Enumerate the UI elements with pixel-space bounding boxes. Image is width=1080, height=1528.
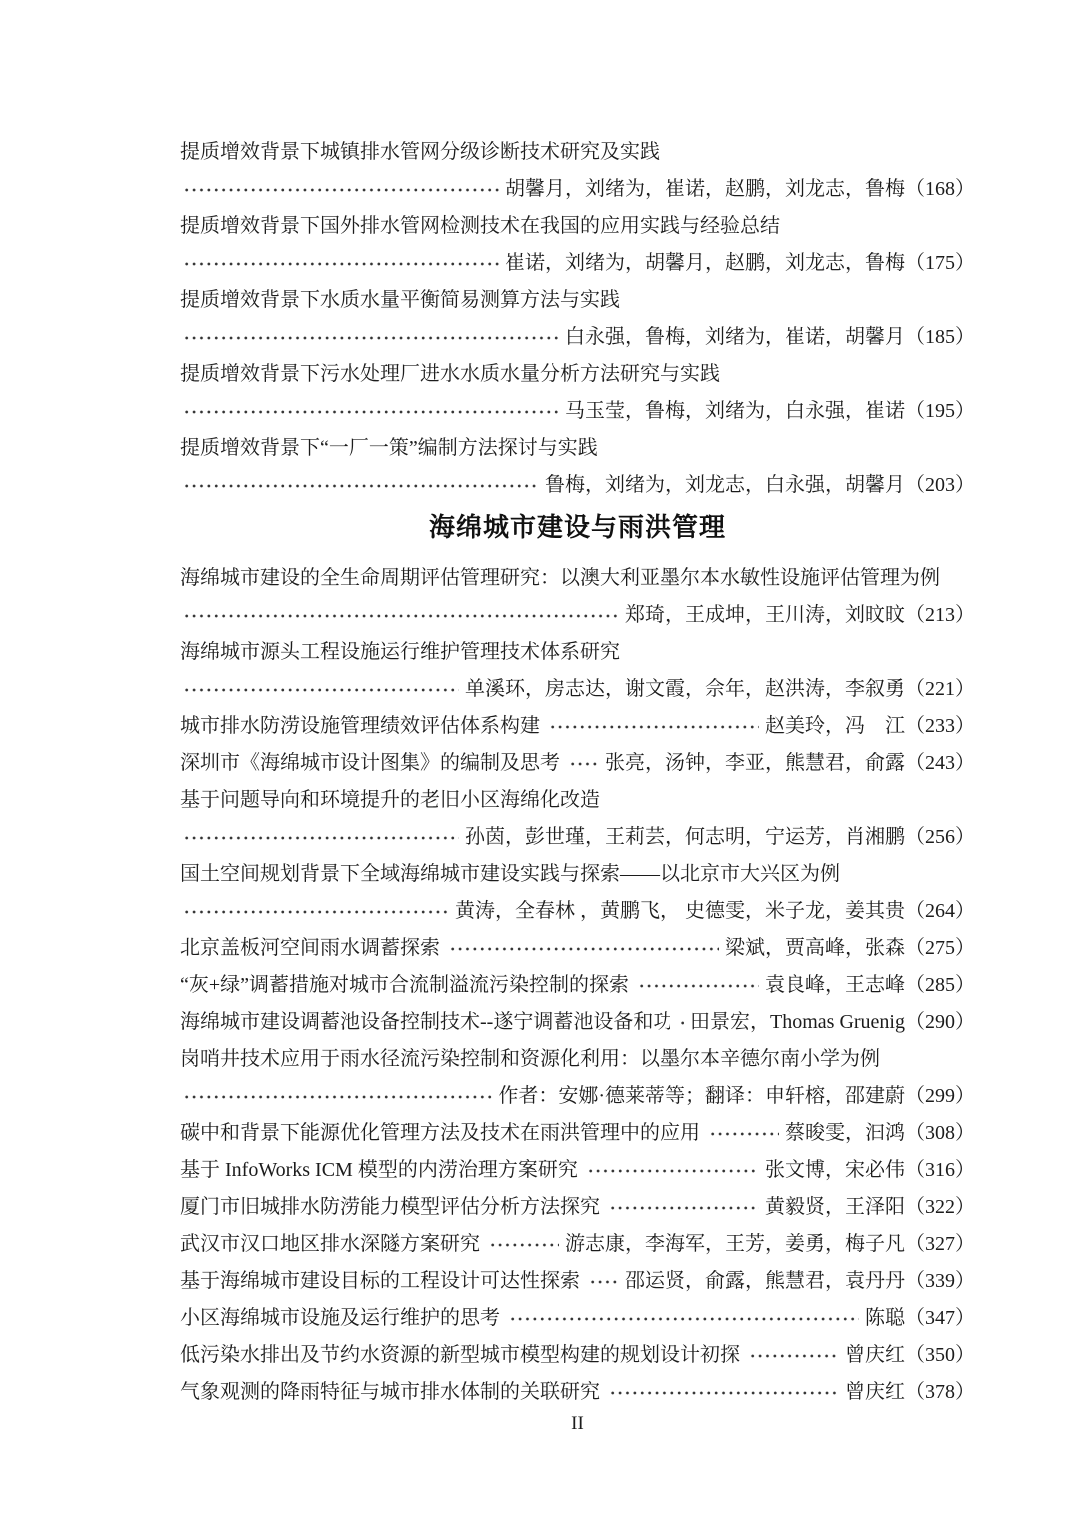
toc-entry-title-line: 提质增效背景下“一厂一策”编制方法探讨与实践 [180, 430, 975, 467]
dot-leader [568, 758, 599, 770]
toc-entry-title-line: 海绵城市建设的全生命周期评估管理研究：以澳大利亚墨尔本水敏性设施评估管理为例 [180, 560, 975, 597]
entry-page-number: （350） [905, 1337, 975, 1374]
entry-title: 岗哨井技术应用于雨水径流污染控制和资源化利用：以墨尔本辛德尔南小学为例 [180, 1041, 880, 1078]
dot-leader [182, 1091, 492, 1103]
dot-leader [182, 610, 619, 622]
entry-title: 武汉市汉口地区排水深隧方案研究 [180, 1226, 480, 1263]
entry-authors: 张亮，汤钟，李亚，熊慧君，俞露 [605, 745, 905, 782]
entry-title: 低污染水排出及节约水资源的新型城市模型构建的规划设计初探 [180, 1337, 740, 1374]
dot-leader [508, 1313, 859, 1325]
entry-page-number: （285） [905, 967, 975, 1004]
entry-authors: 作者：安娜·德莱蒂等；翻译：申轩榕，邵建蔚 [498, 1078, 905, 1115]
toc-entry-byline: 孙茵，彭世瑾，王莉芸，何志明，宁运芳，肖湘鹏（256） [180, 819, 975, 856]
toc-entry-line: 低污染水排出及节约水资源的新型城市模型构建的规划设计初探曾庆红（350） [180, 1337, 975, 1374]
entry-page-number: （168） [905, 171, 975, 208]
entry-authors: 张文博，宋必伟 [765, 1152, 905, 1189]
entry-title: 提质增效背景下水质水量平衡简易测算方法与实践 [180, 282, 620, 319]
entry-authors: 崔诺，刘绪为，胡馨月，赵鹏，刘龙志，鲁梅 [505, 245, 905, 282]
toc-entry-byline: 作者：安娜·德莱蒂等；翻译：申轩榕，邵建蔚（299） [180, 1078, 975, 1115]
entry-authors: 赵美玲，冯 江 [765, 708, 905, 745]
entry-authors: 田景宏，Thomas Gruenig [690, 1004, 905, 1041]
entry-title: “灰+绿”调蓄措施对城市合流制溢流污染控制的探索 [180, 967, 629, 1004]
entry-authors: 郑琦，王成坤，王川涛，刘旼旼 [625, 597, 905, 634]
entry-page-number: （185） [905, 319, 975, 356]
dot-leader [637, 980, 759, 992]
dot-leader [182, 684, 459, 696]
toc-entry-title-line: 海绵城市源头工程设施运行维护管理技术体系研究 [180, 634, 975, 671]
entry-page-number: （243） [905, 745, 975, 782]
dot-leader [608, 1387, 839, 1399]
entry-title: 海绵城市建设的全生命周期评估管理研究：以澳大利亚墨尔本水敏性设施评估管理为例 [180, 560, 940, 597]
toc-entry-title-line: 提质增效背景下水质水量平衡简易测算方法与实践 [180, 282, 975, 319]
entry-page-number: （316） [905, 1152, 975, 1189]
entry-page-number: （256） [905, 819, 975, 856]
toc-entry-title-line: 提质增效背景下国外排水管网检测技术在我国的应用实践与经验总结 [180, 208, 975, 245]
toc-entry-line: 基于海绵城市建设目标的工程设计可达性探索邵运贤，俞露，熊慧君，袁丹丹（339） [180, 1263, 975, 1300]
toc-entry-line: 海绵城市建设调蓄池设备控制技术--遂宁调蓄池设备和功能田景宏，Thomas Gr… [180, 1004, 975, 1041]
entry-page-number: （203） [905, 467, 975, 504]
toc-entry-byline: 马玉莹，鲁梅，刘绪为，白永强，崔诺（195） [180, 393, 975, 430]
entry-authors: 鲁梅，刘绪为，刘龙志，白永强，胡馨月 [545, 467, 905, 504]
entry-authors: 马玉莹，鲁梅，刘绪为，白永强，崔诺 [565, 393, 905, 430]
entry-page-number: （308） [905, 1115, 975, 1152]
entry-page-number: （233） [905, 708, 975, 745]
dot-leader [182, 480, 539, 492]
entry-title: 海绵城市建设调蓄池设备控制技术--遂宁调蓄池设备和功能 [180, 1004, 670, 1041]
toc-entry-title-line: 国土空间规划背景下全域海绵城市建设实践与探索——以北京市大兴区为例 [180, 856, 975, 893]
entry-title: 气象观测的降雨特征与城市排水体制的关联研究 [180, 1374, 600, 1411]
entry-page-number: （327） [905, 1226, 975, 1263]
toc-entry-byline: 黄涛，全春林 ，黄鹏飞， 史德雯，米子龙，姜其贵（264） [180, 893, 975, 930]
entry-authors: 黄毅贤，王泽阳 [765, 1189, 905, 1226]
entry-authors: 蔡晙雯，汩鸿 [785, 1115, 905, 1152]
entry-authors: 袁良峰，王志峰 [765, 967, 905, 1004]
entry-authors: 孙茵，彭世瑾，王莉芸，何志明，宁运芳，肖湘鹏 [465, 819, 905, 856]
dot-leader [678, 1017, 684, 1029]
entry-page-number: （175） [905, 245, 975, 282]
toc-entry-byline: 崔诺，刘绪为，胡馨月，赵鹏，刘龙志，鲁梅（175） [180, 245, 975, 282]
toc-entry-title-line: 提质增效背景下污水处理厂进水水质水量分析方法研究与实践 [180, 356, 975, 393]
toc-entry-line: 气象观测的降雨特征与城市排水体制的关联研究曾庆红（378） [180, 1374, 975, 1411]
table-of-contents: 提质增效背景下城镇排水管网分级诊断技术研究及实践胡馨月，刘绪为，崔诺，赵鹏，刘龙… [180, 134, 975, 1411]
dot-leader [448, 943, 719, 955]
entry-title: 厦门市旧城排水防涝能力模型评估分析方法探究 [180, 1189, 600, 1226]
dot-leader [548, 721, 759, 733]
dot-leader [182, 258, 499, 270]
entry-title: 基于 InfoWorks ICM 模型的内涝治理方案研究 [180, 1152, 578, 1189]
dot-leader [708, 1128, 779, 1140]
toc-entry-line: 深圳市《海绵城市设计图集》的编制及思考张亮，汤钟，李亚，熊慧君，俞露（243） [180, 745, 975, 782]
toc-entry-line: 基于 InfoWorks ICM 模型的内涝治理方案研究张文博，宋必伟（316） [180, 1152, 975, 1189]
entry-title: 小区海绵城市设施及运行维护的思考 [180, 1300, 500, 1337]
entry-page-number: （221） [905, 671, 975, 708]
entry-page-number: （264） [905, 893, 975, 930]
dot-leader [182, 184, 499, 196]
entry-title: 提质增效背景下城镇排水管网分级诊断技术研究及实践 [180, 134, 660, 171]
dot-leader [182, 832, 459, 844]
dot-leader [588, 1276, 619, 1288]
toc-entry-line: 碳中和背景下能源优化管理方法及技术在雨洪管理中的应用蔡晙雯，汩鸿（308） [180, 1115, 975, 1152]
entry-authors: 胡馨月，刘绪为，崔诺，赵鹏，刘龙志，鲁梅 [505, 171, 905, 208]
entry-authors: 白永强，鲁梅，刘绪为，崔诺，胡馨月 [565, 319, 905, 356]
toc-entry-line: “灰+绿”调蓄措施对城市合流制溢流污染控制的探索袁良峰，王志峰 （285） [180, 967, 975, 1004]
entry-authors: 单溪环，房志达，谢文霞，佘年，赵洪涛，李叙勇 [465, 671, 905, 708]
entry-page-number: （275） [905, 930, 975, 967]
entry-page-number: （322） [905, 1189, 975, 1226]
entry-page-number: （290） [905, 1004, 975, 1041]
entry-page-number: （339） [905, 1263, 975, 1300]
entry-title: 深圳市《海绵城市设计图集》的编制及思考 [180, 745, 560, 782]
entry-authors: 游志康，李海军，王芳，姜勇，梅子凡 [565, 1226, 905, 1263]
entry-authors: 曾庆红 [845, 1337, 905, 1374]
toc-entry-line: 城市排水防涝设施管理绩效评估体系构建赵美玲，冯 江（233） [180, 708, 975, 745]
entry-authors: 邵运贤，俞露，熊慧君，袁丹丹 [625, 1263, 905, 1300]
entry-page-number: （195） [905, 393, 975, 430]
entry-authors: 梁斌，贾高峰，张森 [725, 930, 905, 967]
entry-page-number: （299） [905, 1078, 975, 1115]
entry-page-number: （378） [905, 1374, 975, 1411]
entry-authors: 曾庆红 [845, 1374, 905, 1411]
toc-entry-byline: 郑琦，王成坤，王川涛，刘旼旼（213） [180, 597, 975, 634]
dot-leader [182, 906, 449, 918]
dot-leader [488, 1239, 559, 1251]
entry-page-number: （347） [905, 1300, 975, 1337]
dot-leader [748, 1350, 839, 1362]
dot-leader [586, 1165, 759, 1177]
document-page: 提质增效背景下城镇排水管网分级诊断技术研究及实践胡馨月，刘绪为，崔诺，赵鹏，刘龙… [0, 0, 1080, 1528]
entry-title: 海绵城市源头工程设施运行维护管理技术体系研究 [180, 634, 620, 671]
entry-title: 北京盖板河空间雨水调蓄探索 [180, 930, 440, 967]
dot-leader [182, 332, 559, 344]
entry-authors: 陈聪 [865, 1300, 905, 1337]
toc-entry-byline: 单溪环，房志达，谢文霞，佘年，赵洪涛，李叙勇（221） [180, 671, 975, 708]
entry-title: 城市排水防涝设施管理绩效评估体系构建 [180, 708, 540, 745]
section-heading: 海绵城市建设与雨洪管理 [180, 510, 975, 544]
dot-leader [182, 406, 559, 418]
entry-title: 提质增效背景下国外排水管网检测技术在我国的应用实践与经验总结 [180, 208, 780, 245]
toc-entry-title-line: 提质增效背景下城镇排水管网分级诊断技术研究及实践 [180, 134, 975, 171]
toc-entry-line: 武汉市汉口地区排水深隧方案研究游志康，李海军，王芳，姜勇，梅子凡（327） [180, 1226, 975, 1263]
entry-title: 国土空间规划背景下全域海绵城市建设实践与探索——以北京市大兴区为例 [180, 856, 840, 893]
entry-title: 提质增效背景下污水处理厂进水水质水量分析方法研究与实践 [180, 356, 720, 393]
entry-title: 基于问题导向和环境提升的老旧小区海绵化改造 [180, 782, 600, 819]
toc-entry-byline: 鲁梅，刘绪为，刘龙志，白永强，胡馨月（203） [180, 467, 975, 504]
toc-entry-line: 北京盖板河空间雨水调蓄探索梁斌，贾高峰，张森（275） [180, 930, 975, 967]
toc-entry-line: 厦门市旧城排水防涝能力模型评估分析方法探究黄毅贤，王泽阳 （322） [180, 1189, 975, 1226]
toc-entry-byline: 胡馨月，刘绪为，崔诺，赵鹏，刘龙志，鲁梅（168） [180, 171, 975, 208]
toc-entry-byline: 白永强，鲁梅，刘绪为，崔诺，胡馨月（185） [180, 319, 975, 356]
toc-entry-title-line: 基于问题导向和环境提升的老旧小区海绵化改造 [180, 782, 975, 819]
entry-authors: 黄涛，全春林 ，黄鹏飞， 史德雯，米子龙，姜其贵 [455, 893, 905, 930]
toc-entry-line: 小区海绵城市设施及运行维护的思考陈聪（347） [180, 1300, 975, 1337]
toc-entry-title-line: 岗哨井技术应用于雨水径流污染控制和资源化利用：以墨尔本辛德尔南小学为例 [180, 1041, 975, 1078]
entry-title: 提质增效背景下“一厂一策”编制方法探讨与实践 [180, 430, 598, 467]
dot-leader [608, 1202, 759, 1214]
entry-title: 基于海绵城市建设目标的工程设计可达性探索 [180, 1263, 580, 1300]
entry-title: 碳中和背景下能源优化管理方法及技术在雨洪管理中的应用 [180, 1115, 700, 1152]
page-folio: II [180, 1413, 975, 1435]
entry-page-number: （213） [905, 597, 975, 634]
